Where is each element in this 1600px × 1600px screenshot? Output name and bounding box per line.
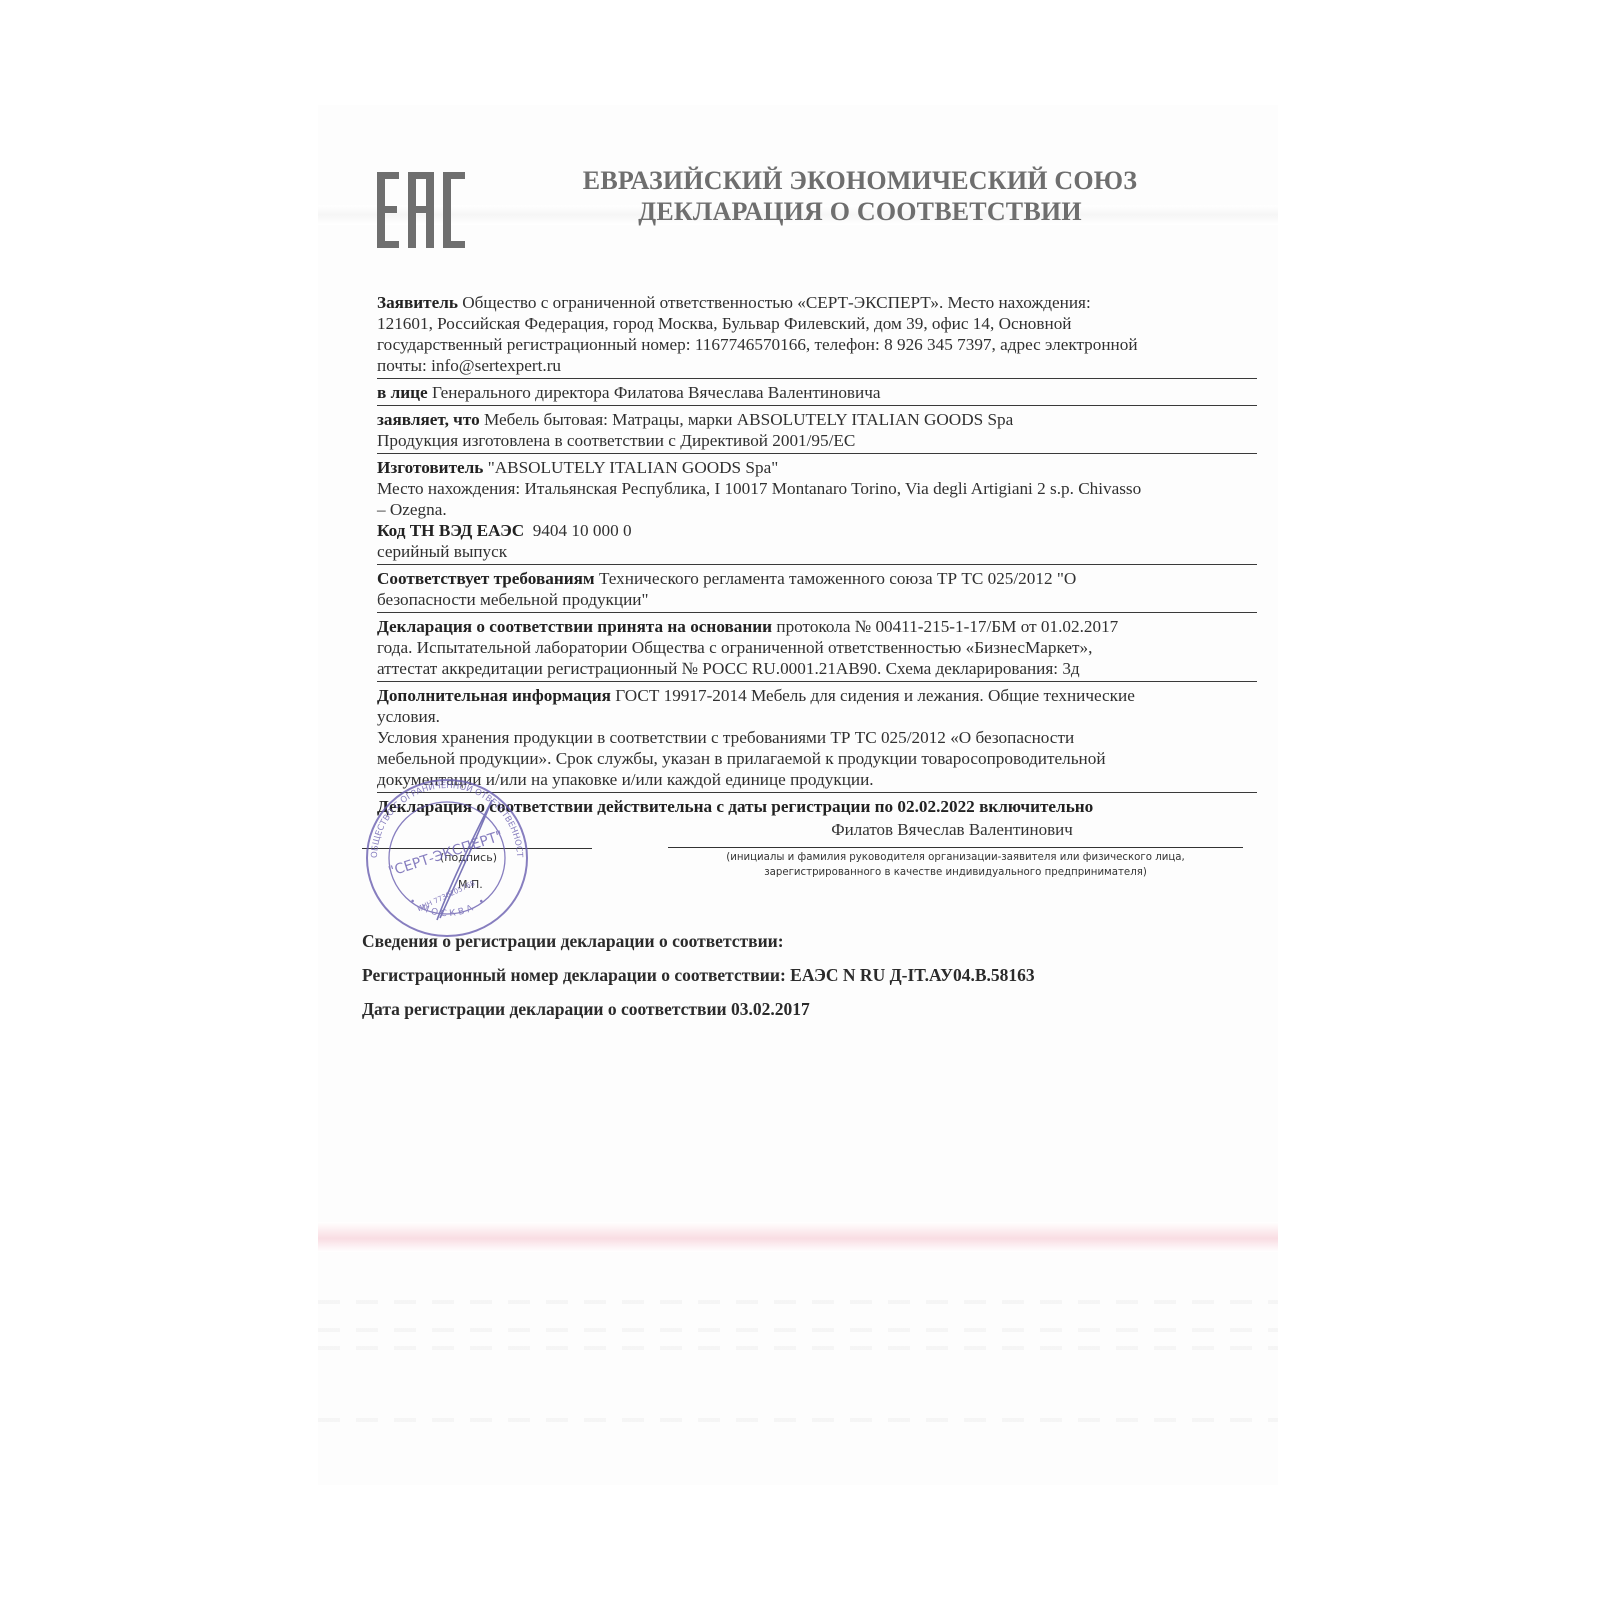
tnved-label: Код ТН ВЭД ЕАЭС <box>377 521 524 540</box>
represented-by-section: в лице Генерального директора Филатова В… <box>377 382 1257 406</box>
signer-name-line <box>668 847 1243 848</box>
title-union: ЕВРАЗИЙСКИЙ ЭКОНОМИЧЕСКИЙ СОЮЗ <box>560 165 1160 196</box>
manufacturer-section: Изготовитель "ABSOLUTELY ITALIAN GOODS S… <box>377 457 1257 520</box>
signer-name: Филатов Вячеслав Валентинович <box>662 820 1242 840</box>
registration-heading: Сведения о регистрации декларации о соот… <box>362 924 1242 958</box>
applicant-section: Заявитель Общество с ограниченной ответс… <box>377 292 1257 379</box>
basis-label: Декларация о соответствии принята на осн… <box>377 617 772 636</box>
product-description: Мебель бытовая: Матрацы, марки ABSOLUTEL… <box>484 410 1013 429</box>
declares-section: заявляет, что Мебель бытовая: Матрацы, м… <box>377 409 1257 454</box>
svg-text:"СЕРТ-ЭКСПЕРТ": "СЕРТ-ЭКСПЕРТ" <box>387 828 506 880</box>
manufacturer-label: Изготовитель <box>377 458 483 477</box>
complies-section: Соответствует требованиям Технического р… <box>377 568 1257 613</box>
additional-info-text: мебельной продукции». Срок службы, указа… <box>377 748 1257 769</box>
manufacturer-address: Место нахождения: Итальянская Республика… <box>377 478 1257 499</box>
applicant-line: государственный регистрационный номер: 1… <box>377 334 1257 355</box>
scan-artifact-faint-row <box>318 1300 1278 1304</box>
basis-text: года. Испытательной лаборатории Общества… <box>377 637 1257 658</box>
product-directive: Продукция изготовлена в соответствии с Д… <box>377 430 1257 451</box>
represented-by-label: в лице <box>377 383 428 402</box>
tnved-section: Код ТН ВЭД ЕАЭС 9404 10 000 0 серийный в… <box>377 520 1257 565</box>
additional-info-text: ГОСТ 19917-2014 Мебель для сидения и леж… <box>615 686 1135 705</box>
scan-artifact-faint-row <box>318 1328 1278 1332</box>
basis-text: протокола № 00411-215-1-17/БМ от 01.02.2… <box>776 617 1118 636</box>
manufacturer-address: – Ozegna. <box>377 499 1257 520</box>
applicant-label: Заявитель <box>377 293 458 312</box>
title-declaration: ДЕКЛАРАЦИЯ О СООТВЕТСТВИИ <box>560 196 1160 227</box>
additional-info-text: Условия хранения продукции в соответстви… <box>377 727 1257 748</box>
manufacturer-name: "ABSOLUTELY ITALIAN GOODS Spa" <box>488 458 779 477</box>
complies-text: Технического регламента таможенного союз… <box>599 569 1076 588</box>
scan-artifact-faint-row <box>318 1418 1278 1422</box>
scan-artifact-pink-band <box>318 1222 1278 1252</box>
eac-logo-icon <box>377 172 465 248</box>
signer-name-caption: (инициалы и фамилия руководителя организ… <box>668 850 1243 880</box>
declares-label: заявляет, что <box>377 410 480 429</box>
applicant-line: почты: info@sertexpert.ru <box>377 355 1257 376</box>
basis-section: Декларация о соответствии принята на осн… <box>377 616 1257 682</box>
tnved-code: 9404 10 000 0 <box>533 521 632 540</box>
basis-text: аттестат аккредитации регистрационный № … <box>377 658 1257 679</box>
registration-date: Дата регистрации декларации о соответств… <box>362 992 1242 1026</box>
applicant-line: 121601, Российская Федерация, город Моск… <box>377 313 1257 334</box>
applicant-line: Общество с ограниченной ответственностью… <box>462 293 1090 312</box>
signer-caption-line: зарегистрированного в качестве индивидуа… <box>668 865 1243 880</box>
additional-info-text: условия. <box>377 706 1257 727</box>
registration-info: Сведения о регистрации декларации о соот… <box>362 924 1242 1026</box>
represented-by-text: Генерального директора Филатова Вячеслав… <box>432 383 881 402</box>
release-type: серийный выпуск <box>377 541 1257 562</box>
signer-caption-line: (инициалы и фамилия руководителя организ… <box>668 850 1243 865</box>
declaration-body: Заявитель Общество с ограниченной ответс… <box>377 292 1257 817</box>
registration-number: Регистрационный номер декларации о соотв… <box>362 958 1242 992</box>
additional-info-label: Дополнительная информация <box>377 686 611 705</box>
complies-label: Соответствует требованиям <box>377 569 595 588</box>
scan-artifact-faint-row <box>318 1346 1278 1350</box>
company-stamp-icon: ОБЩЕСТВО С ОГРАНИЧЕННОЙ ОТВЕТСТВЕННОСТЬЮ… <box>352 770 542 940</box>
document-title: ЕВРАЗИЙСКИЙ ЭКОНОМИЧЕСКИЙ СОЮЗ ДЕКЛАРАЦИ… <box>560 165 1160 227</box>
complies-text: безопасности мебельной продукции" <box>377 589 1257 610</box>
